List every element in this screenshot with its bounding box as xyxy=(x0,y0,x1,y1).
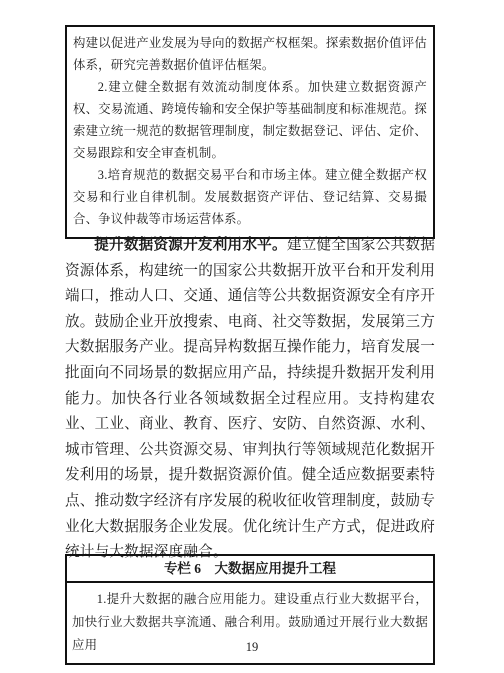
column6-box-title: 专栏 6 大数据应用提升工程 xyxy=(67,556,433,583)
main-paragraph: 提升数据资源开发利用水平。建立健全国家公共数据资源体系，构建统一的国家公共数据开… xyxy=(65,233,435,566)
box-paragraph-continued: 构建以促进产业发展为导向的数据产权框架。探索数据价值评估体系，研究完善数据价值评… xyxy=(73,32,427,76)
box-paragraph-item2: 2.建立健全数据有效流动制度体系。加快建立数据资源产权、交易流通、跨境传输和安全… xyxy=(73,76,427,164)
document-page: 构建以促进产业发展为导向的数据产权框架。探索数据价值评估体系，研究完善数据价值评… xyxy=(0,0,504,673)
paragraph-body-text: 建立健全国家公共数据资源体系，构建统一的国家公共数据开放平台和开发利用端口，推动… xyxy=(65,237,435,560)
page-number: 19 xyxy=(0,640,504,655)
continued-text-box: 构建以促进产业发展为导向的数据产权框架。探索数据价值评估体系，研究完善数据价值评… xyxy=(65,25,435,239)
box-paragraph-item3: 3.培育规范的数据交易平台和市场主体。建立健全数据产权交易和行业自律机制。发展数… xyxy=(73,164,427,230)
paragraph-bold-lead: 提升数据资源开发利用水平。 xyxy=(94,237,287,253)
